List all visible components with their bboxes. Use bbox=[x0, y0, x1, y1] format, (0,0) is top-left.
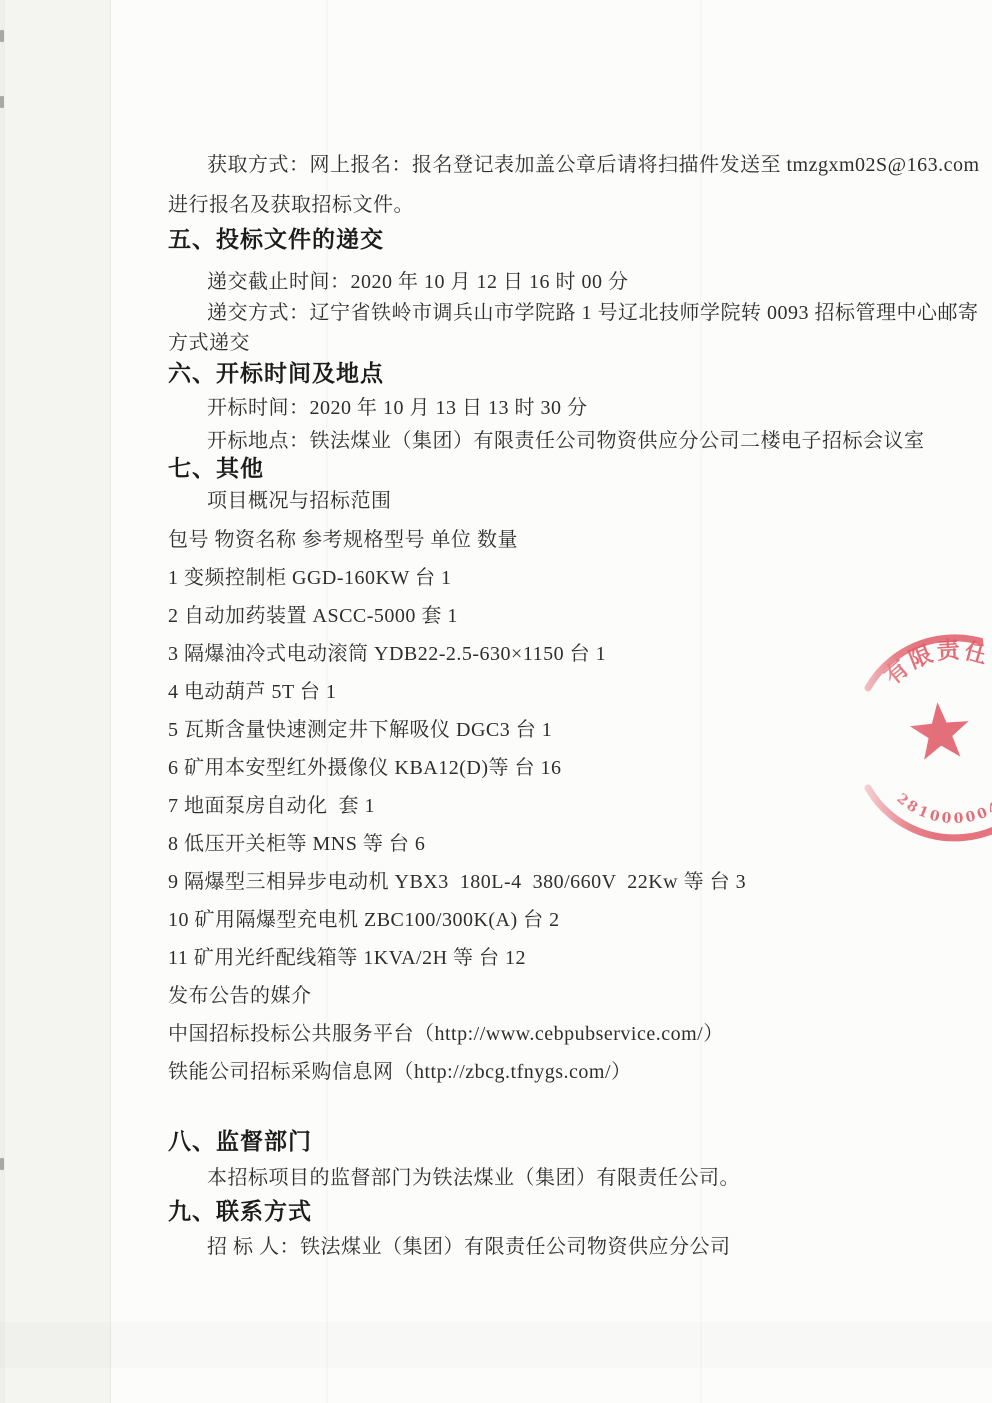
section-heading: 九、联系方式 bbox=[168, 1197, 312, 1227]
section-heading: 五、投标文件的递交 bbox=[168, 225, 384, 255]
document-line: 4 电动葫芦 5T 台 1 bbox=[168, 677, 336, 707]
scanned-document-page: 获取方式：网上报名：报名登记表加盖公章后请将扫描件发送至 tmzgxm02S@1… bbox=[0, 0, 992, 1403]
document-line: 铁能公司招标采购信息网（http://zbcg.tfnygs.com/） bbox=[168, 1057, 632, 1087]
scan-edge-mark bbox=[0, 30, 4, 42]
document-line: 递交方式：辽宁省铁岭市调兵山市学院路 1 号辽北技师学院转 0093 招标管理中… bbox=[207, 298, 979, 328]
star-icon bbox=[908, 700, 972, 761]
document-line: 11 矿用光纤配线箱等 1KVA/2H 等 台 12 bbox=[168, 943, 526, 973]
section-heading: 八、监督部门 bbox=[168, 1127, 312, 1157]
document-line: 中国招标投标公共服务平台（http://www.cebpubservice.co… bbox=[168, 1019, 724, 1049]
document-line: 方式递交 bbox=[168, 328, 250, 358]
document-line: 8 低压开关柜等 MNS 等 台 6 bbox=[168, 829, 425, 859]
official-seal-stamp: 有限责任公司 2810000040 bbox=[829, 613, 992, 877]
scan-edge-mark bbox=[0, 1158, 4, 1170]
document-line: 7 地面泵房自动化 套 1 bbox=[168, 791, 375, 821]
section-heading: 七、其他 bbox=[168, 454, 264, 484]
document-line: 递交截止时间：2020 年 10 月 12 日 16 时 00 分 bbox=[207, 267, 629, 297]
scan-edge-mark bbox=[0, 96, 4, 108]
document-line: 2 自动加药装置 ASCC-5000 套 1 bbox=[168, 601, 458, 631]
document-line: 本招标项目的监督部门为铁法煤业（集团）有限责任公司。 bbox=[207, 1163, 740, 1193]
section-heading: 六、开标时间及地点 bbox=[168, 359, 384, 389]
document-line: 项目概况与招标范围 bbox=[207, 486, 392, 516]
document-line: 6 矿用本安型红外摄像仪 KBA12(D)等 台 16 bbox=[168, 753, 562, 783]
document-line: 招 标 人：铁法煤业（集团）有限责任公司物资供应分公司 bbox=[207, 1232, 731, 1262]
document-line: 包号 物资名称 参考规格型号 单位 数量 bbox=[168, 525, 518, 555]
document-line: 开标时间：2020 年 10 月 13 日 13 时 30 分 bbox=[207, 393, 588, 423]
scan-left-band bbox=[0, 0, 111, 1403]
scan-edge-sliver bbox=[0, 0, 5, 1403]
scan-bottom-band bbox=[0, 1322, 992, 1368]
document-line: 进行报名及获取招标文件。 bbox=[168, 190, 414, 220]
document-line: 3 隔爆油冷式电动滚筒 YDB22-2.5-630×1150 台 1 bbox=[168, 639, 606, 669]
document-line: 9 隔爆型三相异步电动机 YBX3 180L-4 380/660V 22Kw 等… bbox=[168, 867, 746, 897]
document-line: 10 矿用隔爆型充电机 ZBC100/300K(A) 台 2 bbox=[168, 905, 560, 935]
document-line: 开标地点：铁法煤业（集团）有限责任公司物资供应分公司二楼电子招标会议室 bbox=[207, 426, 925, 456]
document-line: 1 变频控制柜 GGD-160KW 台 1 bbox=[168, 563, 451, 593]
document-line: 5 瓦斯含量快速测定井下解吸仪 DGC3 台 1 bbox=[168, 715, 552, 745]
document-line: 获取方式：网上报名：报名登记表加盖公章后请将扫描件发送至 tmzgxm02S@1… bbox=[207, 150, 980, 180]
document-line: 发布公告的媒介 bbox=[168, 981, 312, 1011]
